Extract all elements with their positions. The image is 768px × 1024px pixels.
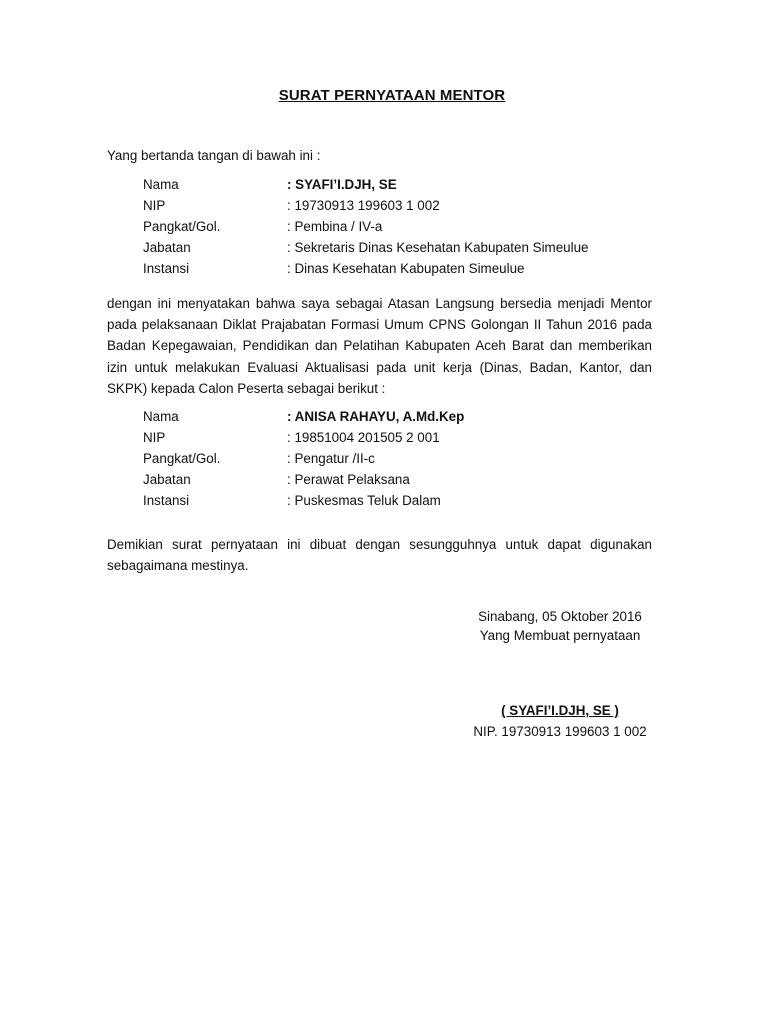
info-label: Pangkat/Gol.	[143, 448, 287, 469]
participant-row-position: Jabatan: Perawat Pelaksana	[143, 469, 464, 490]
info-value: : SYAFI’I.DJH, SE	[287, 174, 397, 195]
info-label: NIP	[143, 195, 287, 216]
signer-role: Yang Membuat pernyataan	[440, 626, 680, 645]
info-label: Jabatan	[143, 237, 287, 258]
signature-block-header: Sinabang, 05 Oktober 2016 Yang Membuat p…	[440, 607, 680, 645]
document-page: SURAT PERNYATAAN MENTOR Yang bertanda ta…	[0, 0, 768, 1024]
statement-paragraph: dengan ini menyatakan bahwa saya sebagai…	[107, 293, 652, 399]
info-value: : Perawat Pelaksana	[287, 469, 410, 490]
mentor-row-agency: Instansi: Dinas Kesehatan Kabupaten Sime…	[143, 258, 588, 279]
info-value: : Pengatur /II-c	[287, 448, 375, 469]
participant-row-name: Nama: ANISA RAHAYU, A.Md.Kep	[143, 406, 464, 427]
closing-paragraph: Demikian surat pernyataan ini dibuat den…	[107, 534, 652, 576]
mentor-row-position: Jabatan: Sekretaris Dinas Kesehatan Kabu…	[143, 237, 588, 258]
participant-row-nip: NIP: 19851004 201505 2 001	[143, 427, 464, 448]
info-label: Pangkat/Gol.	[143, 216, 287, 237]
place-date: Sinabang, 05 Oktober 2016	[440, 607, 680, 626]
info-label: Instansi	[143, 490, 287, 511]
participant-info-table: Nama: ANISA RAHAYU, A.Md.Kep NIP: 198510…	[143, 406, 464, 511]
info-value: : Pembina / IV-a	[287, 216, 382, 237]
info-value: : Dinas Kesehatan Kabupaten Simeulue	[287, 258, 524, 279]
info-value: : 19730913 199603 1 002	[287, 195, 440, 216]
info-label: Jabatan	[143, 469, 287, 490]
participant-row-rank: Pangkat/Gol.: Pengatur /II-c	[143, 448, 464, 469]
document-title: SURAT PERNYATAAN MENTOR	[0, 87, 768, 104]
info-label: Nama	[143, 406, 287, 427]
info-label: NIP	[143, 427, 287, 448]
mentor-info-table: Nama: SYAFI’I.DJH, SE NIP: 19730913 1996…	[143, 174, 588, 279]
mentor-row-nip: NIP: 19730913 199603 1 002	[143, 195, 588, 216]
info-label: Instansi	[143, 258, 287, 279]
participant-row-agency: Instansi: Puskesmas Teluk Dalam	[143, 490, 464, 511]
signer-nip: NIP. 19730913 199603 1 002	[440, 722, 680, 741]
info-value: : 19851004 201505 2 001	[287, 427, 440, 448]
mentor-row-rank: Pangkat/Gol.: Pembina / IV-a	[143, 216, 588, 237]
intro-text: Yang bertanda tangan di bawah ini :	[107, 148, 320, 163]
signer-name: ( SYAFI’I.DJH, SE )	[440, 701, 680, 720]
info-value: : Sekretaris Dinas Kesehatan Kabupaten S…	[287, 237, 588, 258]
info-value: : Puskesmas Teluk Dalam	[287, 490, 441, 511]
info-value: : ANISA RAHAYU, A.Md.Kep	[287, 406, 464, 427]
mentor-row-name: Nama: SYAFI’I.DJH, SE	[143, 174, 588, 195]
info-label: Nama	[143, 174, 287, 195]
